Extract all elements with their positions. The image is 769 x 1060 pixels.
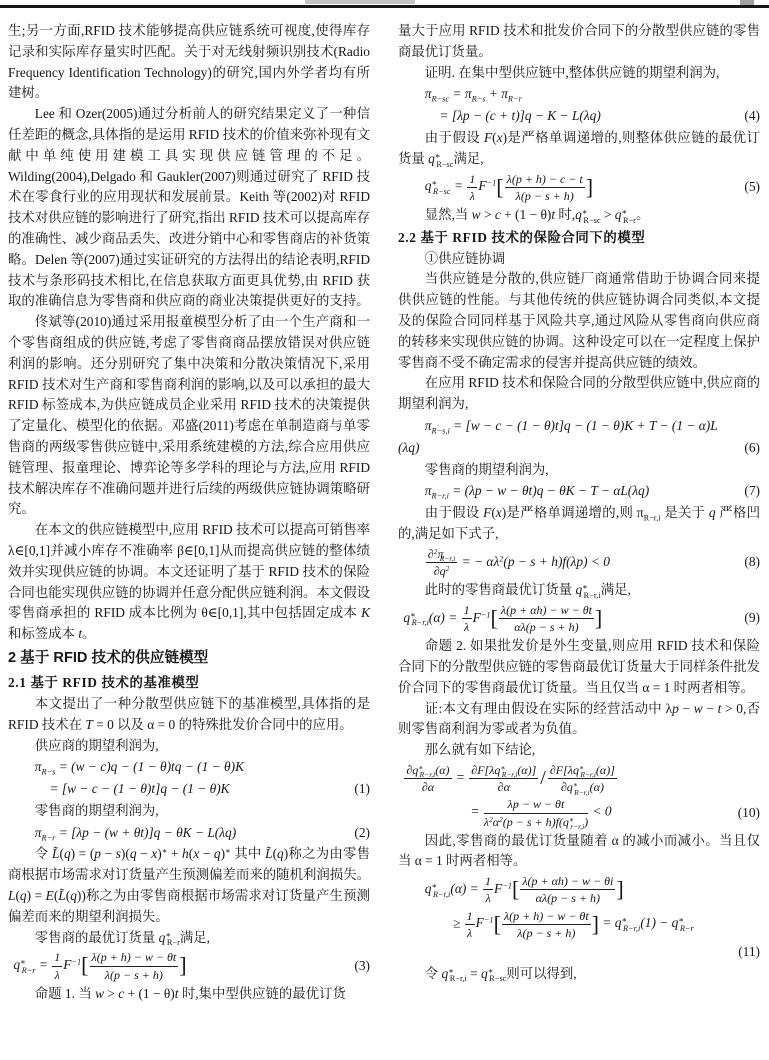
division-slash: / [539, 767, 547, 789]
equation-7: πR−r,i = (λp − w − θt)q − θK − T − αL(λq… [398, 481, 760, 502]
fraction-numerator: λ(p + αh) − w − θt [499, 603, 594, 619]
math-line: πR−r = [λp − (w + θt)]q − θK − L(λq) [8, 823, 350, 844]
fraction-numerator: 1 [483, 874, 493, 890]
fraction-denominator: λ [462, 619, 472, 634]
left-bracket: [ [496, 174, 503, 199]
paragraph: 本文提出了一种分散型供应链下的基准模型,具体指的是 RFID 技术在 T = 0… [8, 694, 370, 736]
paragraph: 由于假设 F(x)是严格单调递增的,则 πR−r,i 是关于 q 严格凹的,满足… [398, 503, 760, 545]
fraction-denominator: λ(p − s + h) [90, 967, 179, 982]
fraction-denominator: αλ(p − s + h) [520, 890, 615, 905]
math-fragment: = − αλ2(p − s + h)f(λp) < 0 [458, 554, 610, 569]
paragraph: 显然,当 w > c + (1 − θ)t 时,q∗R−sc > q∗R−r。 [398, 205, 760, 226]
math-fragment: = [470, 804, 479, 819]
math-fragment: q∗R−t,i(α) = [425, 881, 482, 896]
fraction-numerator: 1 [465, 909, 475, 925]
fraction: 1λ [461, 602, 473, 635]
math-fragment: q∗R−r = [13, 957, 51, 972]
paragraph: 生;另一方面,RFID 技术能够提高供应链系统可视度,使得库存记录和实际库存量实… [8, 21, 370, 104]
fraction: ∂F[λq∗R−r,i(α)]∂q∗R−r,i(α) [547, 762, 618, 795]
fraction: λ(p + αh) − w − θtαλ(p − s + h) [498, 602, 595, 635]
math-line: πR−r,i = (λp − w − θt)q − θK − T − αL(λq… [398, 481, 740, 502]
fraction-denominator: λ [52, 967, 62, 982]
paragraph: 当供应链是分散的,供应链厂商通常借助于协调合同来提供供应链的性能。与其他传统的供… [398, 269, 760, 373]
fraction-denominator: λ [467, 188, 477, 203]
math-fragment: < 0 [589, 804, 611, 819]
math-line: q∗R−t,i(α) = 1λF−1[λ(p + αh) − w − θiαλ(… [398, 873, 760, 906]
fraction: λ(p + h) − w − θtλ(p − s + h) [501, 908, 592, 941]
paragraph: Lee 和 Ozer(2005)通过分析前人的研究结果定义了一种信任差距的概念,… [8, 104, 370, 312]
paragraph: 那么就有如下结论, [398, 740, 760, 761]
fraction-denominator: λ(p − s + h) [502, 925, 591, 940]
equation-2: πR−r = [λp − (w + θt)]q − θK − L(λq) (2) [8, 823, 370, 844]
left-bracket: [ [494, 911, 501, 936]
math-fragment: F−1 [478, 178, 496, 193]
fraction-denominator: ∂α [469, 779, 538, 794]
paragraph: 因此,零售商的最优订货量随着 α 的减小而减小。当且仅当 α = 1 时两者相等… [398, 831, 760, 873]
math-line: ∂q∗R−r,i(α)∂α = ∂F[λq∗R−r,i(α)]∂α/∂F[λq∗… [398, 762, 760, 795]
fraction: λ(p + h) − c − tλ(p − s + h) [504, 171, 586, 204]
fraction-numerator: ∂F[λq∗R−r,i(α)] [469, 763, 538, 779]
left-column: 生;另一方面,RFID 技术能够提高供应链系统可视度,使得库存记录和实际库存量实… [8, 21, 370, 1005]
equation-11: q∗R−t,i(α) = 1λF−1[λ(p + αh) − w − θiαλ(… [398, 873, 760, 962]
math-line: πR−s = (w − c)q − (1 − θ)tq − (1 − θ)K [8, 757, 370, 778]
fraction-denominator: λ(p − s + h) [505, 188, 585, 203]
math-fragment: q∗R−sc = [425, 178, 467, 193]
left-bracket: [ [81, 953, 88, 978]
fraction-numerator: 1 [462, 603, 472, 619]
right-bracket: ] [616, 877, 623, 902]
math-line: = [λp − (c + t)]q − K − L(λq) [398, 106, 740, 127]
fraction: ∂2πR−r,i∂q2 [425, 546, 459, 579]
fraction-denominator: ∂q2 [426, 563, 458, 578]
paragraph: 零售商的最优订货量 q∗R−r满足, [8, 928, 370, 949]
paragraph: 此时的零售商最优订货量 q∗R−r,i满足, [398, 580, 760, 601]
fraction: ∂q∗R−r,i(α)∂α [403, 762, 452, 795]
right-bracket: ] [586, 174, 593, 199]
fraction: 1λ [464, 908, 476, 941]
fraction-numerator: 1 [52, 950, 62, 966]
paragraph: 令 L̃(q) = (p − s)(q − x)∗ + h(x − q)∗ 其中… [8, 844, 370, 927]
two-column-body: 生;另一方面,RFID 技术能够提高供应链系统可视度,使得库存记录和实际库存量实… [8, 21, 760, 1005]
math-fragment: F−1 [494, 881, 512, 896]
fraction-denominator: λ [465, 925, 475, 940]
equation-10: ∂q∗R−r,i(α)∂α = ∂F[λq∗R−r,i(α)]∂α/∂F[λq∗… [398, 762, 760, 830]
equation-number: (2) [350, 823, 370, 844]
right-bracket: ] [179, 953, 186, 978]
equation-1: πR−s = (w − c)q − (1 − θ)tq − (1 − θ)K =… [8, 757, 370, 800]
equation-number: (11) [734, 942, 760, 963]
math-line: πR−s,i = [w − c − (1 − θ)t]q − (1 − θ)K … [398, 416, 760, 437]
fraction-numerator: ∂2πR−r,i [426, 547, 458, 563]
equation-9: q∗R−r,i(α) = 1λF−1[λ(p + αh) − w − θtαλ(… [398, 602, 760, 635]
equation-number: (4) [740, 106, 760, 127]
paper-page: 生;另一方面,RFID 技术能够提高供应链系统可视度,使得库存记录和实际库存量实… [0, 0, 769, 1060]
fraction-numerator: ∂F[λq∗R−r,i(α)] [548, 763, 617, 779]
equation-4: πR−sc = πR−s + πR−r = [λp − (c + t)]q − … [398, 84, 760, 127]
left-bracket: [ [491, 605, 498, 630]
equation-6: πR−s,i = [w − c − (1 − θ)t]q − (1 − θ)K … [398, 416, 760, 459]
math-line: ∂2πR−r,i∂q2 = − αλ2(p − s + h)f(λp) < 0 [398, 546, 740, 579]
math-fragment: q∗R−r,i(α) = [403, 610, 460, 625]
paragraph: 在本文的供应链模型中,应用 RFID 技术可以提高可销售率 λ∈[0,1]并减小… [8, 520, 370, 645]
equation-number: (1) [350, 779, 370, 800]
paragraph: 零售商的期望利润为, [8, 801, 370, 822]
math-fragment: = [456, 770, 465, 785]
paragraph: ①供应链协调 [398, 249, 760, 270]
fraction: 1λ [51, 949, 63, 982]
fraction-denominator: ∂q∗R−r,i(α) [548, 779, 617, 794]
fraction-numerator: ∂q∗R−r,i(α) [404, 763, 451, 779]
equation-number: (5) [740, 177, 760, 198]
paragraph: 在应用 RFID 技术和保险合同的分散型供应链中,供应商的期望利润为, [398, 373, 760, 415]
fraction: 1λ [466, 171, 478, 204]
fraction: 1λ [482, 873, 494, 906]
fraction: λ(p + h) − w − θtλ(p − s + h) [89, 949, 180, 982]
section-2-heading: 2 基于 RFID 技术的供应链模型 [8, 645, 370, 671]
math-fragment: ≥ [453, 915, 464, 930]
math-fragment: F−1 [476, 915, 494, 930]
math-line: πR−sc = πR−s + πR−r [398, 84, 760, 105]
math-line: (λq) [398, 438, 740, 459]
header-rule [0, 5, 769, 8]
equation-number: (6) [740, 438, 760, 459]
equation-3: q∗R−r = 1λF−1[λ(p + h) − w − θtλ(p − s +… [8, 949, 370, 982]
right-column: 量大于应用 RFID 技术和批发价合同下的分散型供应链的零售商最优订货量。 证明… [398, 21, 760, 1005]
paragraph: 证明. 在集中型供应链中,整体供应链的期望利润为, [398, 63, 760, 84]
fraction-numerator: λ(p + h) − w − θt [502, 909, 591, 925]
math-line: q∗R−r,i(α) = 1λF−1[λ(p + αh) − w − θtαλ(… [398, 602, 740, 635]
paragraph: 供应商的期望利润为, [8, 736, 370, 757]
fraction-numerator: λ(p + h) − c − t [505, 172, 585, 188]
equation-number: (10) [734, 803, 760, 824]
fraction: ∂F[λq∗R−r,i(α)]∂α [468, 762, 539, 795]
paragraph: 佟斌等(2010)通过采用报童模型分析了由一个生产商和一个零售商组成的供应链,考… [8, 312, 370, 520]
math-line: = [w − c − (1 − θ)t]q − (1 − θ)K [8, 779, 350, 800]
header-remnant [305, 0, 415, 4]
equation-number: (3) [350, 956, 370, 977]
section-2-1-heading: 2.1 基于 RFID 技术的基准模型 [8, 671, 370, 694]
math-line: q∗R−sc = 1λF−1[λ(p + h) − c − tλ(p − s +… [398, 171, 740, 204]
equation-8: ∂2πR−r,i∂q2 = − αλ2(p − s + h)f(λp) < 0 … [398, 546, 760, 579]
fraction-denominator: λ2α2(p − s + h)f(q∗r−r,i) [484, 814, 588, 829]
fraction: λ(p + αh) − w − θiαλ(p − s + h) [519, 873, 616, 906]
right-bracket: ] [595, 605, 602, 630]
fraction: λp − w − θtλ2α2(p − s + h)f(q∗r−r,i) [483, 796, 589, 829]
paragraph: 量大于应用 RFID 技术和批发价合同下的分散型供应链的零售商最优订货量。 [398, 21, 760, 63]
math-fragment: = q∗R−r,i(1) − q∗R−r [599, 915, 694, 930]
paragraph: 由于假设 F(x)是严格单调递增的,则整体供应链的最优订货量 q∗R−sc满足, [398, 128, 760, 170]
paragraph: 零售商的期望利润为, [398, 460, 760, 481]
fraction-numerator: λp − w − θt [484, 797, 588, 813]
equation-number: (9) [740, 608, 760, 629]
left-bracket: [ [512, 877, 519, 902]
fraction-numerator: λ(p + h) − w − θt [90, 950, 179, 966]
paragraph: 证:本文有理由假设在实际的经营活动中 λp − w − t > 0,否则零售商利… [398, 699, 760, 741]
equation-5: q∗R−sc = 1λF−1[λ(p + h) − c − tλ(p − s +… [398, 171, 760, 204]
section-2-2-heading: 2.2 基于 RFID 技术的保险合同下的模型 [398, 226, 760, 249]
fraction-numerator: 1 [467, 172, 477, 188]
math-fragment: F−1 [473, 610, 491, 625]
fraction-denominator: ∂α [404, 779, 451, 794]
paragraph: 命题 2. 如果批发价是外生变量,则应用 RFID 技术和保险合同下的分散型供应… [398, 636, 760, 698]
math-line: = λp − w − θtλ2α2(p − s + h)f(q∗r−r,i) <… [398, 796, 734, 829]
paragraph: 令 q∗R−r,i = q∗R−sc则可以得到, [398, 964, 760, 985]
equation-number: (7) [740, 481, 760, 502]
fraction-denominator: λ [483, 890, 493, 905]
math-line: ≥ 1λF−1[λ(p + h) − w − θtλ(p − s + h)] =… [398, 908, 760, 941]
equation-number: (8) [740, 552, 760, 573]
fraction-numerator: λ(p + αh) − w − θi [520, 874, 615, 890]
math-line: q∗R−r = 1λF−1[λ(p + h) − w − θtλ(p − s +… [8, 949, 350, 982]
math-fragment: F−1 [63, 957, 81, 972]
fraction-denominator: αλ(p − s + h) [499, 619, 594, 634]
paragraph: 命题 1. 当 w > c + (1 − θ)t 时,集中型供应链的最优订货 [8, 984, 370, 1005]
right-bracket: ] [592, 911, 599, 936]
